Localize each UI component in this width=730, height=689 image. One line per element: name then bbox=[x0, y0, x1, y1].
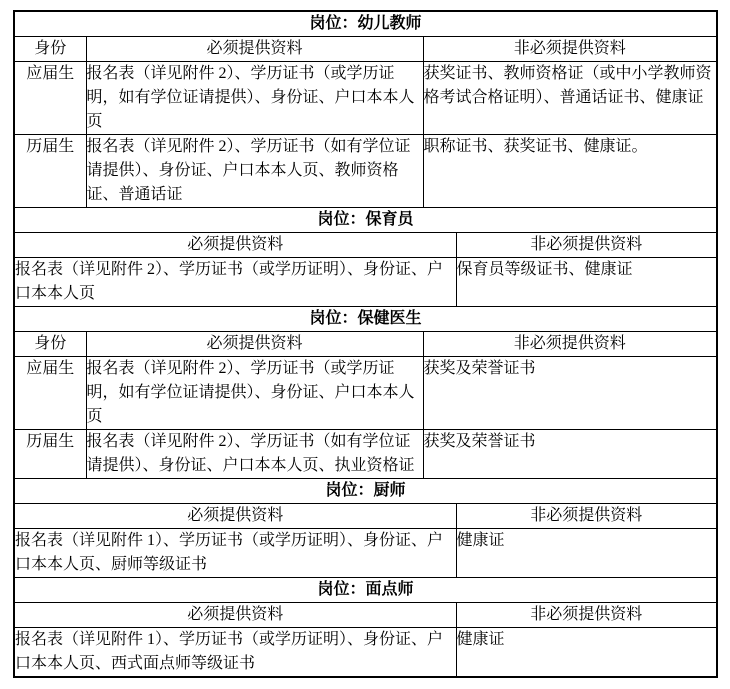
table-row: 历届生报名表（详见附件 2）、学历证书（如有学位证请提供）、身份证、户口本本人页… bbox=[14, 430, 717, 479]
section-title-row: 岗位：保育员 bbox=[14, 208, 717, 233]
identity-column-header: 身份 bbox=[14, 332, 86, 357]
required-materials-cell: 报名表（详见附件 2）、学历证书（如有学位证请提供）、身份证、户口本本人页、教师… bbox=[86, 135, 423, 208]
table-row: 报名表（详见附件 2）、学历证书（或学历证明）、身份证、户口本本人页保育员等级证… bbox=[14, 258, 717, 307]
optional-column-header: 非必须提供资料 bbox=[423, 37, 717, 62]
section-title-row: 岗位：面点师 bbox=[14, 578, 717, 603]
identity-cell: 历届生 bbox=[14, 135, 86, 208]
optional-column-header: 非必须提供资料 bbox=[456, 504, 717, 529]
column-header-row: 必须提供资料非必须提供资料 bbox=[14, 233, 717, 258]
position-materials-table-body: 岗位：幼儿教师身份必须提供资料非必须提供资料应届生报名表（详见附件 2）、学历证… bbox=[14, 11, 717, 677]
column-header-row: 身份必须提供资料非必须提供资料 bbox=[14, 37, 717, 62]
optional-materials-cell: 获奖及荣誉证书 bbox=[423, 357, 717, 430]
section-title: 岗位：保育员 bbox=[14, 208, 717, 233]
required-column-header: 必须提供资料 bbox=[86, 332, 423, 357]
optional-column-header: 非必须提供资料 bbox=[456, 603, 717, 628]
column-header-row: 必须提供资料非必须提供资料 bbox=[14, 603, 717, 628]
identity-column-header: 身份 bbox=[14, 37, 86, 62]
required-column-header: 必须提供资料 bbox=[14, 603, 456, 628]
required-materials-cell: 报名表（详见附件 1）、学历证书（或学历证明）、身份证、户口本本人页、厨师等级证… bbox=[14, 529, 456, 578]
optional-materials-cell: 健康证 bbox=[456, 529, 717, 578]
optional-materials-cell: 健康证 bbox=[456, 628, 717, 678]
position-materials-table: 岗位：幼儿教师身份必须提供资料非必须提供资料应届生报名表（详见附件 2）、学历证… bbox=[13, 10, 718, 678]
table-row: 历届生报名表（详见附件 2）、学历证书（如有学位证请提供）、身份证、户口本本人页… bbox=[14, 135, 717, 208]
section-title-row: 岗位：保健医生 bbox=[14, 307, 717, 332]
required-materials-cell: 报名表（详见附件 2）、学历证书（或学历证明，如有学位证请提供）、身份证、户口本… bbox=[86, 62, 423, 135]
optional-materials-cell: 保育员等级证书、健康证 bbox=[456, 258, 717, 307]
identity-cell: 应届生 bbox=[14, 62, 86, 135]
section-title-row: 岗位：幼儿教师 bbox=[14, 11, 717, 37]
table-row: 应届生报名表（详见附件 2）、学历证书（或学历证明，如有学位证请提供）、身份证、… bbox=[14, 357, 717, 430]
required-materials-cell: 报名表（详见附件 2）、学历证书（或学历证明，如有学位证请提供）、身份证、户口本… bbox=[86, 357, 423, 430]
optional-materials-cell: 获奖及荣誉证书 bbox=[423, 430, 717, 479]
column-header-row: 必须提供资料非必须提供资料 bbox=[14, 504, 717, 529]
identity-cell: 历届生 bbox=[14, 430, 86, 479]
identity-cell: 应届生 bbox=[14, 357, 86, 430]
section-title: 岗位：厨师 bbox=[14, 479, 717, 504]
section-title: 岗位：保健医生 bbox=[14, 307, 717, 332]
required-column-header: 必须提供资料 bbox=[14, 233, 456, 258]
required-column-header: 必须提供资料 bbox=[86, 37, 423, 62]
table-row: 应届生报名表（详见附件 2）、学历证书（或学历证明，如有学位证请提供）、身份证、… bbox=[14, 62, 717, 135]
required-materials-cell: 报名表（详见附件 1）、学历证书（或学历证明）、身份证、户口本本人页、西式面点师… bbox=[14, 628, 456, 678]
table-row: 报名表（详见附件 1）、学历证书（或学历证明）、身份证、户口本本人页、厨师等级证… bbox=[14, 529, 717, 578]
optional-materials-cell: 职称证书、获奖证书、健康证。 bbox=[423, 135, 717, 208]
required-column-header: 必须提供资料 bbox=[14, 504, 456, 529]
optional-materials-cell: 获奖证书、教师资格证（或中小学教师资格考试合格证明）、普通话证书、健康证 bbox=[423, 62, 717, 135]
required-materials-cell: 报名表（详见附件 2）、学历证书（如有学位证请提供）、身份证、户口本本人页、执业… bbox=[86, 430, 423, 479]
column-header-row: 身份必须提供资料非必须提供资料 bbox=[14, 332, 717, 357]
required-materials-cell: 报名表（详见附件 2）、学历证书（或学历证明）、身份证、户口本本人页 bbox=[14, 258, 456, 307]
optional-column-header: 非必须提供资料 bbox=[423, 332, 717, 357]
table-row: 报名表（详见附件 1）、学历证书（或学历证明）、身份证、户口本本人页、西式面点师… bbox=[14, 628, 717, 678]
optional-column-header: 非必须提供资料 bbox=[456, 233, 717, 258]
section-title-row: 岗位：厨师 bbox=[14, 479, 717, 504]
section-title: 岗位：幼儿教师 bbox=[14, 11, 717, 37]
section-title: 岗位：面点师 bbox=[14, 578, 717, 603]
